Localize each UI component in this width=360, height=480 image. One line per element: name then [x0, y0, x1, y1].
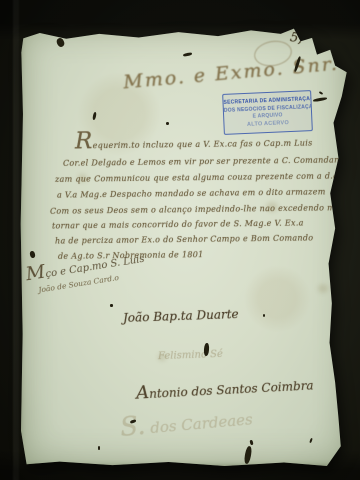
ink-speck [166, 122, 169, 125]
stain-mark [158, 354, 166, 361]
ink-speck [263, 314, 265, 317]
manuscript-paper: 5, Mmo. e Exmo. Snr. SECRETARIA DE ADMIN… [20, 26, 350, 466]
ink-speck [110, 304, 113, 307]
paper-shadow-wrap: 5, Mmo. e Exmo. Snr. SECRETARIA DE ADMIN… [0, 0, 360, 480]
stain-mark [266, 202, 278, 212]
stain-mark [318, 284, 328, 293]
scanned-document-page: 5, Mmo. e Exmo. Snr. SECRETARIA DE ADMIN… [0, 0, 360, 480]
archival-page-number: 5, [289, 30, 304, 47]
ink-speck [98, 446, 100, 450]
archive-rubber-stamp: SECRETARIA DE ADMINISTRAÇÃO DOS NEGOCIOS… [222, 90, 313, 135]
stain-mark [78, 174, 87, 182]
signature-faint: Felismino Sé [158, 349, 223, 362]
